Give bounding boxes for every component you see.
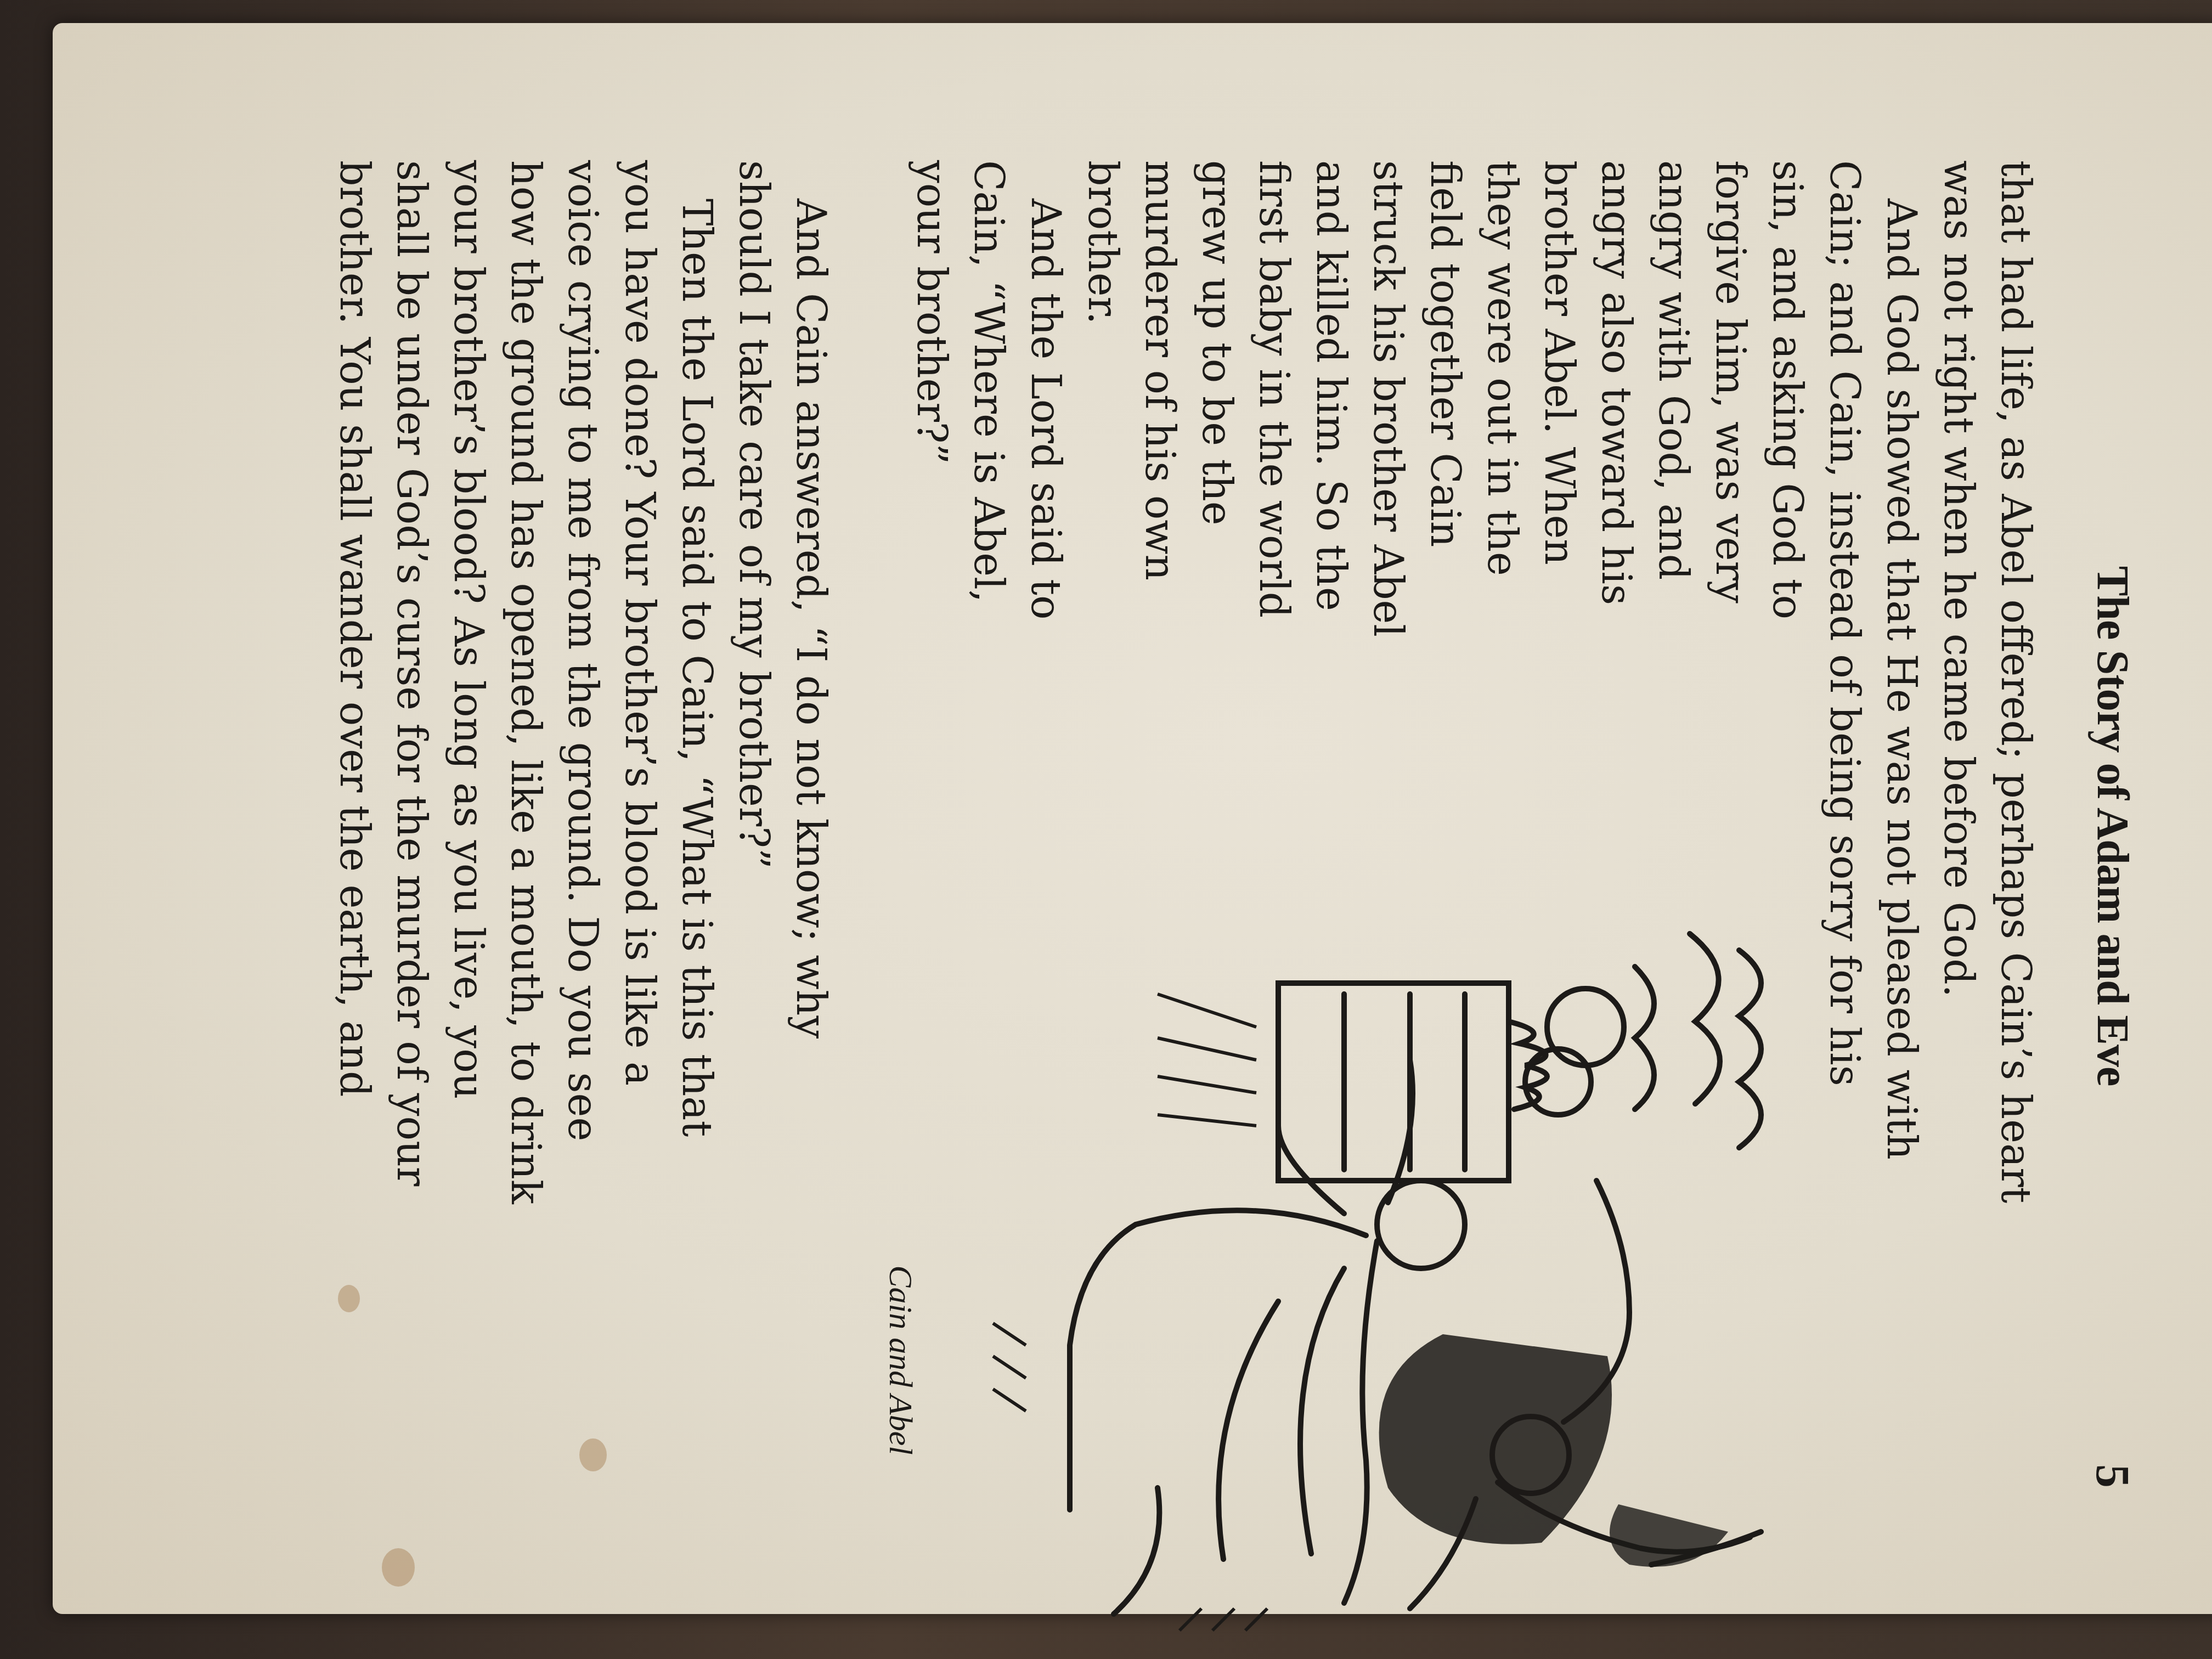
text-line: brother. You shall wander over the earth… bbox=[326, 160, 383, 1488]
text-line: how the ground has opened, like a mouth,… bbox=[497, 160, 554, 1488]
book-page-rotated: The Story of Adam and Eve 5 that had lif… bbox=[53, 23, 2212, 1614]
text-line: should I take care of my brother?” bbox=[725, 160, 782, 1488]
text-line: sin, and asking God to bbox=[1759, 160, 1816, 868]
stain-spot bbox=[382, 1548, 415, 1587]
book-page: The Story of Adam and Eve 5 that had lif… bbox=[53, 23, 2212, 1614]
text-line: voice crying to me from the ground. Do y… bbox=[554, 160, 611, 1488]
running-head: The Story of Adam and Eve 5 bbox=[2083, 188, 2143, 1488]
text-line: And Cain answered, “I do not know; why bbox=[782, 160, 839, 1488]
text-line: angry with God, and bbox=[1645, 160, 1702, 868]
text-line: brother. bbox=[1074, 160, 1131, 868]
text-line: was not right when he came before God. bbox=[1930, 160, 1987, 1488]
text-line: Cain, “Where is Abel, bbox=[960, 160, 1017, 868]
text-line: you have done? Your brother’s blood is l… bbox=[611, 160, 668, 1488]
text-line: field together Cain bbox=[1417, 160, 1474, 868]
wrapped-column: sin, and asking God to forgive him, was … bbox=[839, 160, 1816, 868]
text-line: they were out in the bbox=[1474, 160, 1531, 868]
text-line: brother Abel. When bbox=[1531, 160, 1588, 868]
illustration-caption: Cain and Abel bbox=[872, 1265, 929, 1455]
text-line: shall be under God’s curse for the murde… bbox=[383, 160, 440, 1488]
text-line: forgive him, was very bbox=[1702, 160, 1759, 868]
text-line: that had life, as Abel offered; perhaps … bbox=[1987, 160, 2044, 1488]
text-line: grew up to be the bbox=[1188, 160, 1245, 868]
text-line: and killed him. So the bbox=[1302, 160, 1359, 868]
cain-and-abel-illustration bbox=[916, 884, 1816, 1652]
text-line: murderer of his own bbox=[1131, 160, 1188, 868]
page-number: 5 bbox=[2085, 1464, 2140, 1488]
text-line: your brother?” bbox=[903, 160, 960, 868]
text-line: first baby in the world bbox=[1245, 160, 1302, 868]
text-with-illustration: sin, and asking God to forgive him, was … bbox=[839, 160, 1816, 1488]
text-line: Cain; and Cain, instead of being sorry f… bbox=[1816, 160, 1873, 1488]
body-text: that had life, as Abel offered; perhaps … bbox=[326, 160, 2044, 1488]
running-title: The Story of Adam and Eve bbox=[2087, 188, 2138, 1464]
text-line: your brother’s blood? As long as you liv… bbox=[440, 160, 497, 1488]
illustration-figure: Cain and Abel bbox=[839, 884, 1816, 1488]
text-line: And God showed that He was not pleased w… bbox=[1873, 160, 1930, 1488]
text-line: Then the Lord said to Cain, “What is thi… bbox=[668, 160, 725, 1488]
text-line: struck his brother Abel bbox=[1359, 160, 1417, 868]
text-line: angry also toward his bbox=[1588, 160, 1645, 868]
text-line: And the Lord said to bbox=[1017, 160, 1074, 868]
